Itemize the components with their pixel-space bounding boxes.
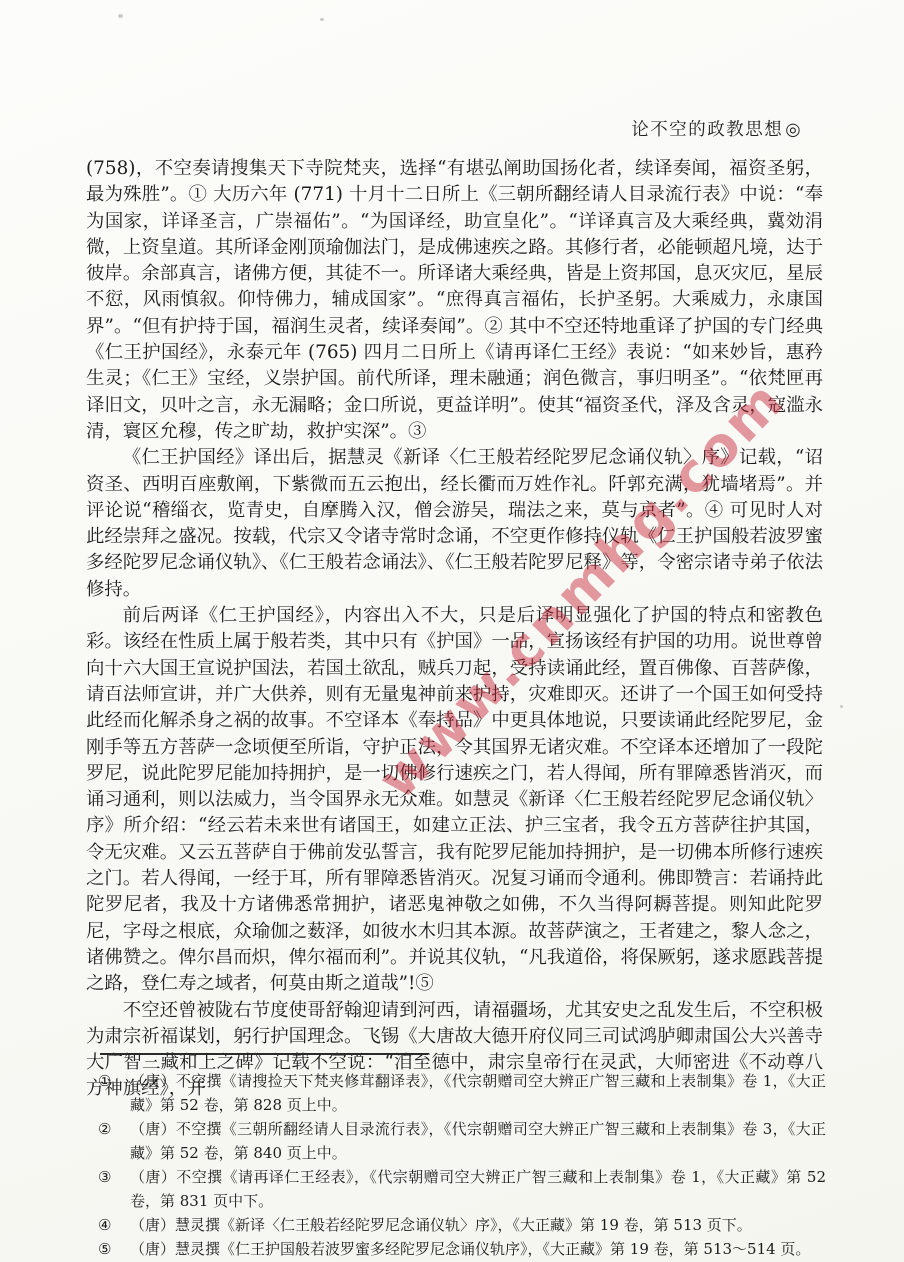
footnote-1: ① （唐）不空撰《请搜捡天下梵夹修茸翻译表》，《代宗朝赠司空大辨正广智三藏和上表… bbox=[98, 1069, 826, 1117]
body-text: (758)，不空奏请搜集天下寺院梵夹，选择“有堪弘阐助国扬化者，续译奏闻，福资圣… bbox=[86, 156, 823, 1103]
footnote-1-text: （唐）不空撰《请搜捡天下梵夹修茸翻译表》，《代宗朝赠司空大辨正广智三藏和上表制集… bbox=[130, 1069, 826, 1117]
footnote-3-marker: ③ bbox=[98, 1165, 130, 1189]
running-head: 论不空的政教思想◎ bbox=[631, 116, 802, 141]
scan-speck bbox=[840, 705, 843, 708]
paragraph-3: 前后两译《仁王护国经》，内容出入不大，只是后译明显强化了护国的特点和密教色彩。该… bbox=[86, 603, 823, 997]
paragraph-1: (758)，不空奏请搜集天下寺院梵夹，选择“有堪弘阐助国扬化者，续译奏闻，福资圣… bbox=[86, 156, 823, 445]
footnote-1-marker: ① bbox=[98, 1069, 130, 1093]
footnote-3-text: （唐）不空撰《请再译仁王经表》，《代宗朝赠司空大辨正广智三藏和上表制集》卷 1，… bbox=[130, 1165, 826, 1213]
footnote-3: ③ （唐）不空撰《请再译仁王经表》，《代宗朝赠司空大辨正广智三藏和上表制集》卷 … bbox=[98, 1165, 826, 1213]
paragraph-2: 《仁王护国经》译出后，据慧灵《新译〈仁王般若经陀罗尼念诵仪轨〉序》记载，“诏资圣… bbox=[86, 445, 823, 603]
footnote-separator-rule bbox=[100, 1053, 428, 1055]
footnote-2-marker: ② bbox=[98, 1117, 130, 1141]
footnote-4: ④ （唐）慧灵撰《新译〈仁王般若经陀罗尼念诵仪轨〉序》，《大正藏》第 19 卷，… bbox=[98, 1213, 826, 1237]
footnote-4-text: （唐）慧灵撰《新译〈仁王般若经陀罗尼念诵仪轨〉序》，《大正藏》第 19 卷，第 … bbox=[130, 1213, 826, 1237]
page-title: 论不空的政教思想 bbox=[631, 120, 783, 140]
scan-speck bbox=[320, 18, 324, 21]
footnote-5-marker: ⑤ bbox=[98, 1237, 130, 1261]
footnote-5: ⑤ （唐）慧灵撰《仁王护国般若波罗蜜多经陀罗尼念诵仪轨序》，《大正藏》第 19 … bbox=[98, 1237, 826, 1261]
footnote-2-text: （唐）不空撰《三朝所翻经请人目录流行表》，《代宗朝赠司空大辨正广智三藏和上表制集… bbox=[130, 1117, 826, 1165]
footnotes-section: ① （唐）不空撰《请搜捡天下梵夹修茸翻译表》，《代宗朝赠司空大辨正广智三藏和上表… bbox=[98, 1069, 826, 1261]
footnote-4-marker: ④ bbox=[98, 1213, 130, 1237]
scanned-book-page: 论不空的政教思想◎ (758)，不空奏请搜集天下寺院梵夹，选择“有堪弘阐助国扬化… bbox=[0, 0, 904, 1262]
footnote-2: ② （唐）不空撰《三朝所翻经请人目录流行表》，《代宗朝赠司空大辨正广智三藏和上表… bbox=[98, 1117, 826, 1165]
header-circle-marker: ◎ bbox=[785, 120, 802, 140]
footnote-5-text: （唐）慧灵撰《仁王护国般若波罗蜜多经陀罗尼念诵仪轨序》，《大正藏》第 19 卷，… bbox=[130, 1237, 826, 1261]
scan-speck bbox=[118, 14, 123, 18]
